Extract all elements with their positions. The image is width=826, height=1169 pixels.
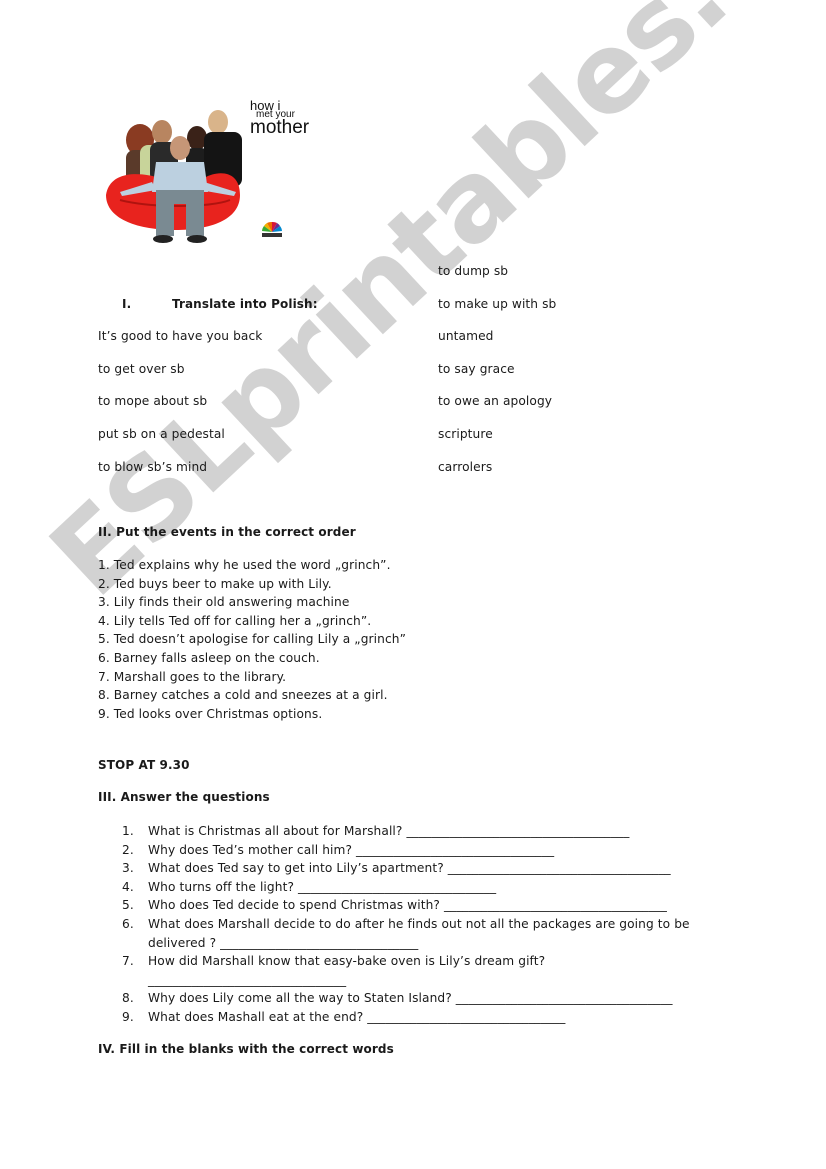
question-item: 2.Why does Ted’s mother call him? ______…	[122, 841, 690, 860]
event-item: 1. Ted explains why he used the word „gr…	[98, 556, 406, 575]
event-item: 7. Marshall goes to the library.	[98, 668, 406, 687]
show-title-line3: mother	[250, 120, 309, 136]
show-poster-image: how i met your mother	[100, 100, 305, 250]
section1-number: I.	[122, 297, 131, 311]
question-text: What does Marshall decide to do after he…	[148, 915, 690, 934]
question-number: 1.	[122, 822, 148, 841]
section2-title: II. Put the events in the correct order	[98, 525, 356, 539]
question-item: 9.What does Mashall eat at the end? ____…	[122, 1008, 690, 1027]
question-text: How did Marshall know that easy-bake ove…	[148, 952, 545, 971]
question-text: Who turns off the light? _______________…	[148, 878, 496, 897]
question-item: 4.Who turns off the light? _____________…	[122, 878, 690, 897]
vocab-item: to mope about sb	[98, 394, 207, 408]
question-text: What does Ted say to get into Lily’s apa…	[148, 859, 671, 878]
vocab-item: to dump sb	[438, 264, 508, 278]
vocab-item: scripture	[438, 427, 493, 441]
question-number: 3.	[122, 859, 148, 878]
question-item: 6.What does Marshall decide to do after …	[122, 915, 690, 934]
events-list: 1. Ted explains why he used the word „gr…	[98, 556, 406, 723]
question-item: 7.How did Marshall know that easy-bake o…	[122, 952, 690, 971]
question-text: Why does Ted’s mother call him? ________…	[148, 841, 554, 860]
show-logo: how i met your mother	[250, 100, 309, 136]
vocab-item: to say grace	[438, 362, 515, 376]
question-text: What does Mashall eat at the end? ______…	[148, 1008, 566, 1027]
vocab-item: It’s good to have you back	[98, 329, 262, 343]
section3-title: III. Answer the questions	[98, 790, 270, 804]
section4-title: IV. Fill in the blanks with the correct …	[98, 1042, 394, 1056]
question-continuation: ________________________________	[122, 971, 690, 990]
vocab-item: to blow sb’s mind	[98, 460, 207, 474]
event-item: 2. Ted buys beer to make up with Lily.	[98, 575, 406, 594]
vocab-item: to make up with sb	[438, 297, 556, 311]
question-number: 6.	[122, 915, 148, 934]
question-item: 8.Why does Lily come all the way to Stat…	[122, 989, 690, 1008]
event-item: 3. Lily finds their old answering machin…	[98, 593, 406, 612]
section1-title: Translate into Polish:	[172, 297, 318, 311]
question-item: 1.What is Christmas all about for Marsha…	[122, 822, 690, 841]
stop-note: STOP AT 9.30	[98, 758, 190, 772]
question-text: What is Christmas all about for Marshall…	[148, 822, 629, 841]
question-number: 9.	[122, 1008, 148, 1027]
question-number: 8.	[122, 989, 148, 1008]
vocab-item: carrolers	[438, 460, 492, 474]
vocab-item: to get over sb	[98, 362, 185, 376]
event-item: 8. Barney catches a cold and sneezes at …	[98, 686, 406, 705]
vocab-item: put sb on a pedestal	[98, 427, 225, 441]
question-number: 7.	[122, 952, 148, 971]
question-continuation: delivered ? ____________________________…	[122, 934, 690, 953]
questions-list: 1.What is Christmas all about for Marsha…	[122, 822, 690, 1027]
event-item: 5. Ted doesn’t apologise for calling Lil…	[98, 630, 406, 649]
event-item: 9. Ted looks over Christmas options.	[98, 705, 406, 724]
question-number: 5.	[122, 896, 148, 915]
question-text: Why does Lily come all the way to Staten…	[148, 989, 673, 1008]
question-item: 3.What does Ted say to get into Lily’s a…	[122, 859, 690, 878]
question-text: Who does Ted decide to spend Christmas w…	[148, 896, 667, 915]
event-item: 6. Barney falls asleep on the couch.	[98, 649, 406, 668]
event-item: 4. Lily tells Ted off for calling her a …	[98, 612, 406, 631]
vocab-item: untamed	[438, 329, 494, 343]
question-number: 2.	[122, 841, 148, 860]
vocab-item: to owe an apology	[438, 394, 552, 408]
question-number: 4.	[122, 878, 148, 897]
question-item: 5.Who does Ted decide to spend Christmas…	[122, 896, 690, 915]
network-logo-icon	[262, 222, 282, 237]
